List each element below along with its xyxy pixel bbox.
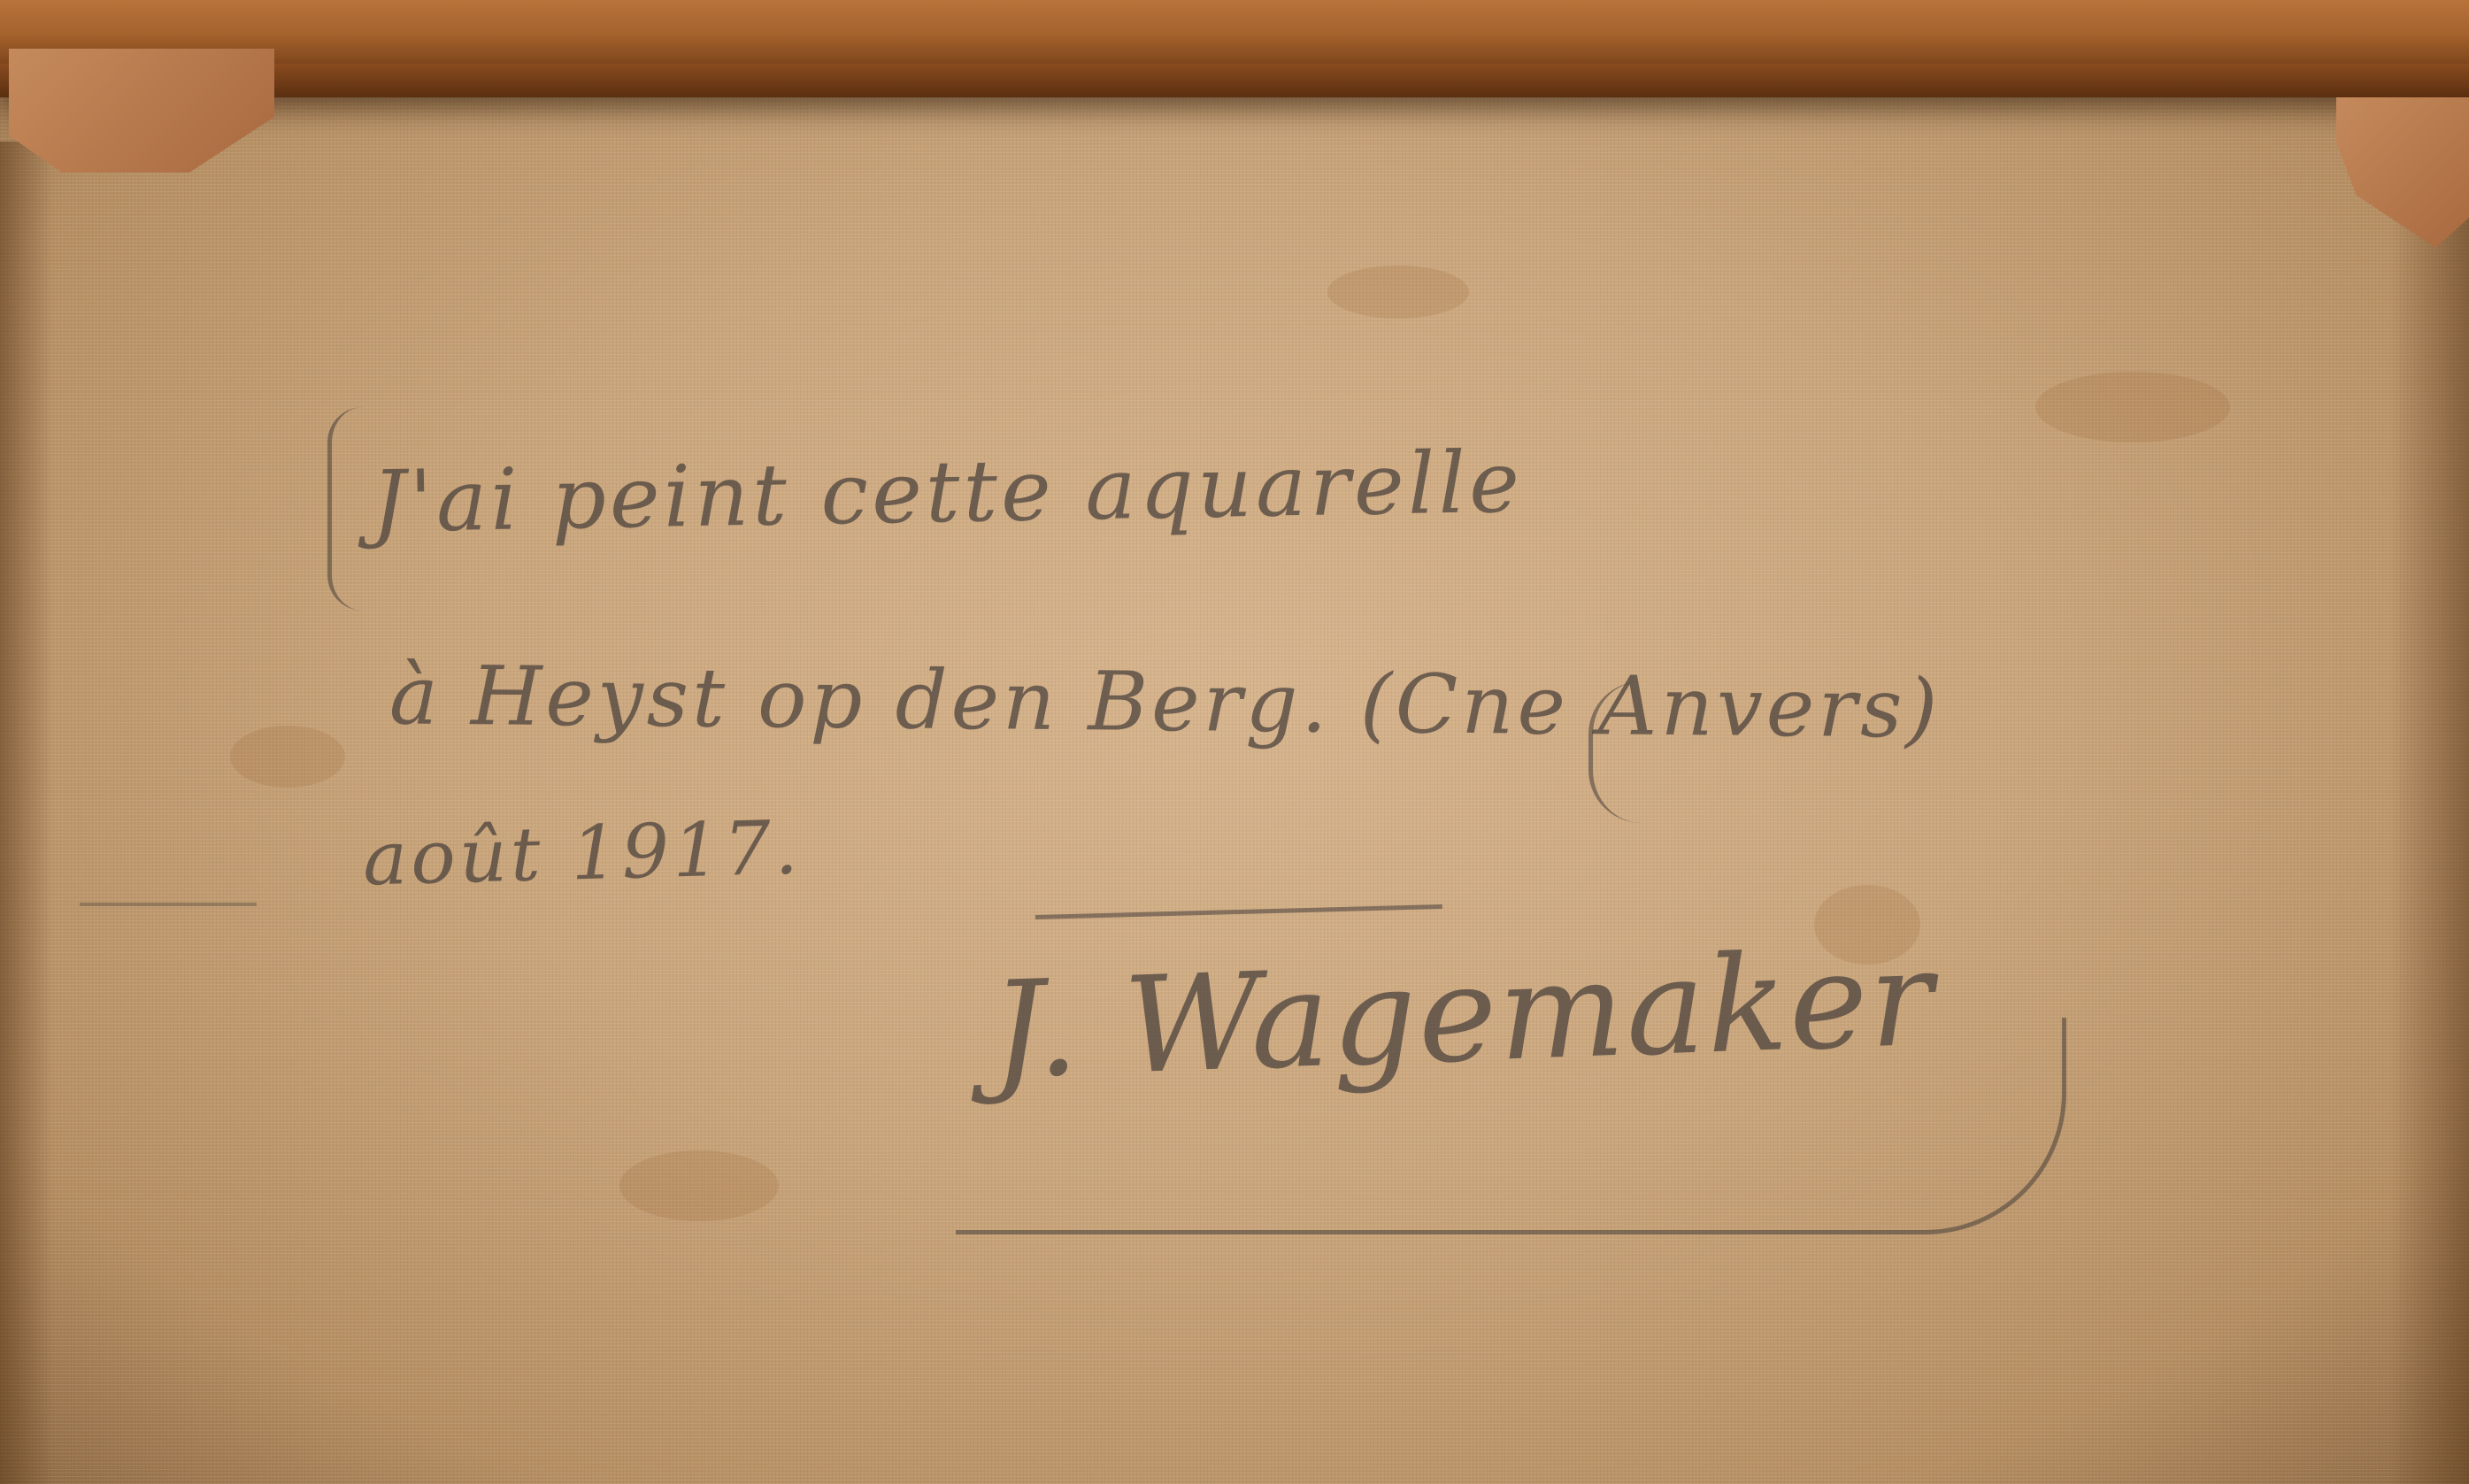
foxing-stain [1327, 265, 1469, 319]
signature-flourish-loop [956, 1018, 2066, 1234]
stray-pencil-mark [80, 903, 257, 906]
frame-top-stretcher-bar [0, 0, 2469, 97]
foxing-stain [230, 726, 345, 788]
foxing-stain [619, 1150, 779, 1221]
canvas-edge-shadow-left [0, 142, 53, 1484]
canvas-back-linen [0, 53, 2469, 1484]
inscription-line-2: à Heyst op den Berg. (Cne Anvers) [389, 648, 1942, 756]
canvas-edge-shadow-right [2389, 142, 2469, 1484]
inscription-date: août 1917. [362, 804, 803, 903]
foxing-stain [2035, 372, 2230, 442]
inscription-line-1: J'ai peint cette aquarelle [371, 433, 1524, 552]
